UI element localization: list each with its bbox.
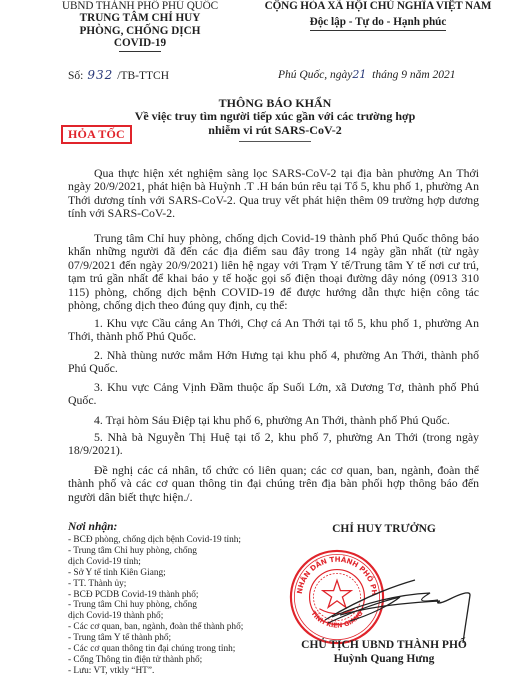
unit-name-line2: PHÒNG, CHỐNG DỊCH [50,25,230,38]
signer-position: CHỦ TỊCH UBND THÀNH PHỐ [284,639,484,653]
location-text: 5. Nhà bà Nguyễn Thị Huệ tại tổ 2, khu p… [68,431,479,458]
agency-name: UBND THÀNH PHỐ PHÚ QUỐC [50,0,230,12]
header-divider [119,51,161,52]
body-paragraph-1: Qua thực hiện xét nghiệm sàng lọc SARS-C… [68,167,479,221]
document-number: Số:932/TB-TTCH [68,68,169,82]
recipients-heading: Nơi nhận: [68,521,268,534]
recipient-item: - Trung tâm Y tế thành phố; [68,633,268,644]
document-title: THÔNG BÁO KHẨN Về việc truy tìm người ti… [120,96,430,142]
date-day: 21 [352,68,366,81]
signer-name: Huỳnh Quang Hưng [284,653,484,667]
location-text: 2. Nhà thùng nước mắm Hớn Hưng tại khu p… [68,349,479,376]
location-item-4: 4. Trại hòm Sáu Điệp tại khu phố 6, phườ… [68,414,479,427]
number-label: Số: [68,70,83,82]
recipient-item: dịch Covid-19 thành phố; [68,611,268,622]
unit-name-line1: TRUNG TÂM CHỈ HUY [50,12,230,25]
location-item-2: 2. Nhà thùng nước mắm Hớn Hưng tại khu p… [68,349,479,376]
subject-line2: nhiễm vi rút SARS-CoV-2 [120,124,430,138]
location-text: 4. Trại hòm Sáu Điệp tại khu phố 6, phườ… [68,414,479,427]
urgent-stamp: HỎA TỐC [61,125,132,144]
closing-paragraph: Đề nghị các cá nhân, tổ chức có liên qua… [68,464,479,504]
recipient-item: - Cổng Thông tin điện tử thành phố; [68,655,268,666]
recipients-list: Nơi nhận: - BCĐ phòng, chống dịch bệnh C… [68,521,268,677]
location-item-3: 3. Khu vực Cảng Vịnh Đầm thuộc ấp Suối L… [68,381,479,408]
issue-date: Phú Quốc, ngày21 tháng 9 năm 2021 [278,68,456,81]
location-item-1: 1. Khu vực Cầu cảng An Thới, Chợ cá An T… [68,317,479,344]
signer-role: CHỈ HUY TRƯỞNG [284,523,484,535]
recipient-item: - Sở Y tế tỉnh Kiên Giang; [68,568,268,579]
recipient-item: - BCĐ PCDB Covid-19 thành phố; [68,590,268,601]
number-suffix: /TB-TTCH [117,70,169,82]
recipient-item: - Trung tâm Chỉ huy phòng, chống [68,600,268,611]
national-motto: Độc lập - Tự do - Hạnh phúc [310,16,447,31]
paragraph-text: Đề nghị các cá nhân, tổ chức có liên qua… [68,464,479,504]
title-divider [239,141,311,142]
recipient-item: - BCĐ phòng, chống dịch bệnh Covid-19 tỉ… [68,535,268,546]
paragraph-text: Trung tâm Chỉ huy phòng, chống dịch Covi… [68,232,479,312]
signer-details: CHỦ TỊCH UBND THÀNH PHỐ Huỳnh Quang Hưng [284,639,484,666]
recipient-item: dịch Covid-19 tỉnh; [68,557,268,568]
location-text: 1. Khu vực Cầu cảng An Thới, Chợ cá An T… [68,317,479,344]
subject-line1: Về việc truy tìm người tiếp xúc gần với … [120,110,430,124]
recipient-item: - TT. Thành ủy; [68,579,268,590]
body-paragraph-2: Trung tâm Chỉ huy phòng, chống dịch Covi… [68,232,479,312]
recipient-item: - Các cơ quan thông tin đại chúng trong … [68,644,268,655]
unit-name-line3: COVID-19 [50,37,230,50]
title-heading: THÔNG BÁO KHẨN [120,96,430,110]
number-value: 932 [87,68,113,82]
location-text: 3. Khu vực Cảng Vịnh Đầm thuộc ấp Suối L… [68,381,479,408]
recipient-item: - Trung tâm Chỉ huy phòng, chống [68,546,268,557]
date-suffix: tháng 9 năm 2021 [372,69,455,81]
recipient-item: - Các cơ quan, ban, ngành, đoàn thể thàn… [68,622,268,633]
date-prefix: Phú Quốc, ngày [278,69,352,81]
handwritten-signature-icon [320,565,480,645]
nation-name: CỘNG HÒA XÃ HỘI CHỦ NGHĨA VIỆT NAM [247,0,508,12]
issuing-agency-header: UBND THÀNH PHỐ PHÚ QUỐC TRUNG TÂM CHỈ HU… [50,0,230,52]
paragraph-text: Qua thực hiện xét nghiệm sàng lọc SARS-C… [68,167,479,221]
national-header: CỘNG HÒA XÃ HỘI CHỦ NGHĨA VIỆT NAM Độc l… [247,0,508,31]
recipient-item: - Lưu: VT, vtkly “HT”. [68,666,268,677]
location-item-5: 5. Nhà bà Nguyễn Thị Huệ tại tổ 2, khu p… [68,431,479,458]
